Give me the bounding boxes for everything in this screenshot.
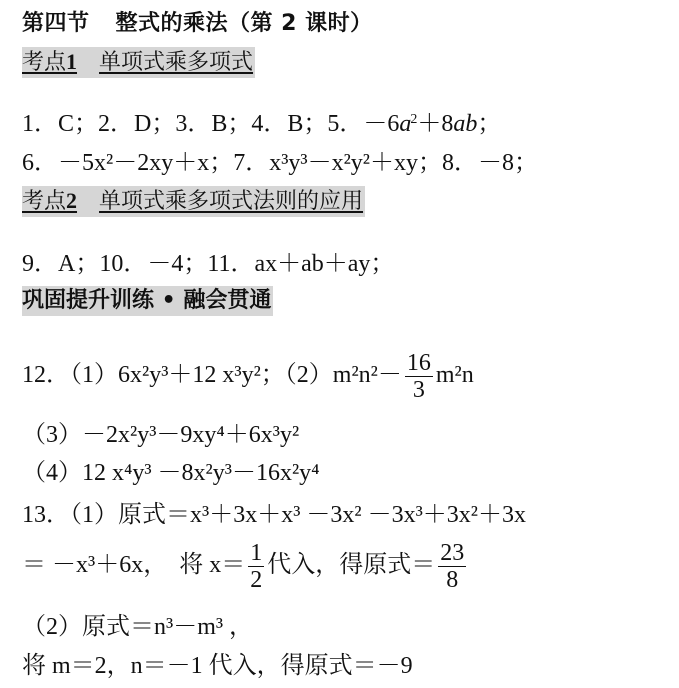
- fraction-numerator: 1: [248, 540, 264, 567]
- answer-12-4: （4）12 x⁴y³ －8x²y³－16x²y⁴: [22, 460, 320, 486]
- section-header-3: 巩固提升训练 • 融会贯通: [22, 286, 273, 316]
- answer-7: 7．x³y³－x²y²＋xy；: [233, 150, 442, 176]
- answer-12-3: （3）－2x²y³－9xy⁴＋6x³y²: [22, 422, 299, 448]
- answer-5: 5．－6: [327, 111, 399, 137]
- answer-line-13d: 将 m＝2，n＝－1 代入，得原式＝－9: [22, 651, 413, 681]
- answer-line-2: 6．－5x²－2xy＋x；7．x³y³－x²y²＋xy；8．－8；: [22, 148, 538, 178]
- page-title: 第四节整式的乘法（第 2 课时）: [22, 6, 373, 37]
- section-header-1: 考点1单项式乘多项式: [22, 47, 255, 78]
- answer-3: 3．B；: [175, 111, 251, 137]
- answer-5-var2: ab: [453, 111, 477, 137]
- answer-5-end: ；: [477, 111, 501, 137]
- section-title: 巩固提升训练 • 融会贯通: [22, 288, 271, 313]
- answer-13-1b: ＝ －x³＋6x， 将 x＝: [22, 552, 245, 578]
- section-label: 考点: [22, 50, 66, 75]
- answer-line-12c: （3）－2x²y³－9xy⁴＋6x³y²: [22, 420, 299, 450]
- answer-8: 8．－8；: [442, 150, 538, 176]
- section-label: 考点: [22, 189, 66, 214]
- answer-line-13c: （2）原式＝n³－m³ ，: [22, 612, 253, 642]
- section-header-2: 考点2单项式乘多项式法则的应用: [22, 186, 365, 217]
- section-number: 1: [66, 49, 77, 74]
- title-section: 第四节: [22, 11, 90, 36]
- title-topic: 整式的乘法（第 2 课时）: [116, 11, 373, 36]
- answer-line-13b: ＝ －x³＋6x， 将 x＝12代入，得原式＝238: [22, 540, 469, 593]
- fraction: 238: [438, 540, 466, 593]
- answer-4: 4．B；: [251, 111, 327, 137]
- fraction-numerator: 23: [438, 540, 466, 567]
- answer-12-2: （2）m²n²－: [285, 362, 402, 388]
- section-number: 2: [66, 188, 77, 213]
- answer-1: 1．C；: [22, 111, 98, 137]
- fraction: 12: [248, 540, 264, 593]
- answer-line-13a: 13．（1）原式＝x³＋3x＋x³ －3x² －3x³＋3x²＋3x: [22, 500, 526, 530]
- answer-5-rest: ＋8: [417, 111, 453, 137]
- answer-5-exp: 2: [410, 112, 417, 127]
- answer-2: 2．D；: [98, 111, 175, 137]
- answer-13-1b-mid: 代入，得原式＝: [267, 552, 435, 578]
- fraction-numerator: 16: [405, 350, 433, 377]
- answer-6: 6．－5x²－2xy＋x；: [22, 150, 233, 176]
- answer-line-12d: （4）12 x⁴y³ －8x²y³－16x²y⁴: [22, 458, 320, 488]
- answer-11: 11．ax＋ab＋ay；: [207, 251, 394, 277]
- answer-13-2: （2）原式＝n³－m³ ，: [22, 614, 253, 640]
- fraction-denominator: 3: [411, 377, 427, 403]
- answer-line-12a: 12．（1）6x²y³＋12 x³y²；（2）m²n²－163m²n: [22, 350, 474, 403]
- answer-10: 10．－4；: [99, 251, 207, 277]
- fraction-denominator: 2: [248, 567, 264, 593]
- fraction-denominator: 8: [444, 567, 460, 593]
- section-title: 单项式乘多项式: [99, 50, 253, 75]
- answer-line-1: 1．C；2．D；3．B；4．B；5．－6a2＋8ab；: [22, 109, 501, 139]
- answer-line-3: 9．A；10．－4；11．ax＋ab＋ay；: [22, 249, 394, 279]
- answer-12-2-suffix: m²n: [436, 362, 474, 388]
- answer-13-1: 13．（1）原式＝x³＋3x＋x³ －3x² －3x³＋3x²＋3x: [22, 502, 526, 528]
- fraction: 163: [405, 350, 433, 403]
- answer-12-1: 12．（1）6x²y³＋12 x³y²；: [22, 362, 285, 388]
- section-title: 单项式乘多项式法则的应用: [99, 189, 363, 214]
- answer-13-2b: 将 m＝2，n＝－1 代入，得原式＝－9: [22, 653, 413, 679]
- answer-9: 9．A；: [22, 251, 99, 277]
